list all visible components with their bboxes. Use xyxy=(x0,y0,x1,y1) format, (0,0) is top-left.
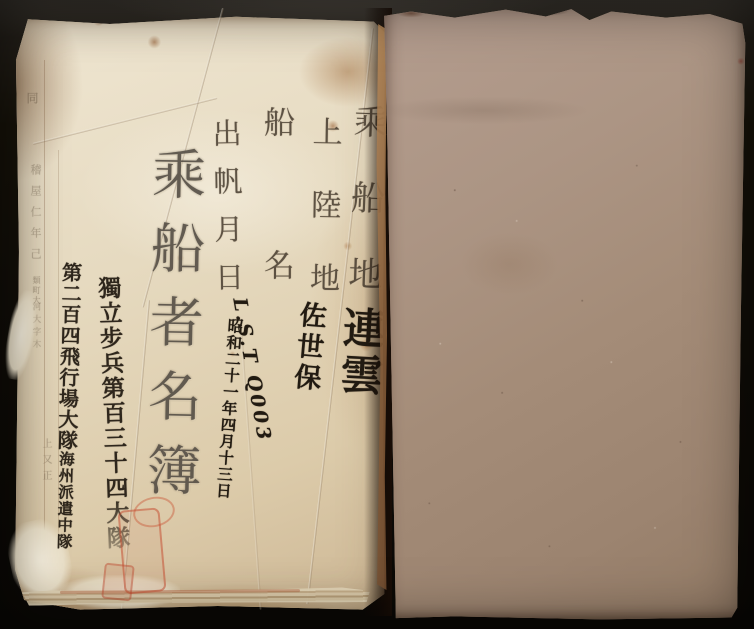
back-cover-board xyxy=(382,6,746,620)
ship-name-label-char-1: 船 xyxy=(258,106,294,249)
document-title: 乘船者名簿 xyxy=(131,145,214,516)
photo-of-document: 乘船地 上陸地 船名 出帆月日 連雲 佐世保 L.S.T Q003 昭和二十一年… xyxy=(0,0,754,629)
printed-margin-rule xyxy=(44,60,45,570)
landing-place-value: 佐世保 xyxy=(284,299,331,395)
margin-fragment: 同 xyxy=(24,92,41,104)
margin-fragment: 上又正 xyxy=(38,438,53,486)
margin-fragment: 稽屋仁年己 xyxy=(27,164,43,269)
unit-outer-sub: 海州派遣中隊 xyxy=(54,451,76,550)
unit-outer-main: 第二百四飛行場大隊 xyxy=(54,262,83,452)
margin-fragment: 河大字木 xyxy=(30,302,42,352)
red-seal-mark xyxy=(101,563,135,602)
